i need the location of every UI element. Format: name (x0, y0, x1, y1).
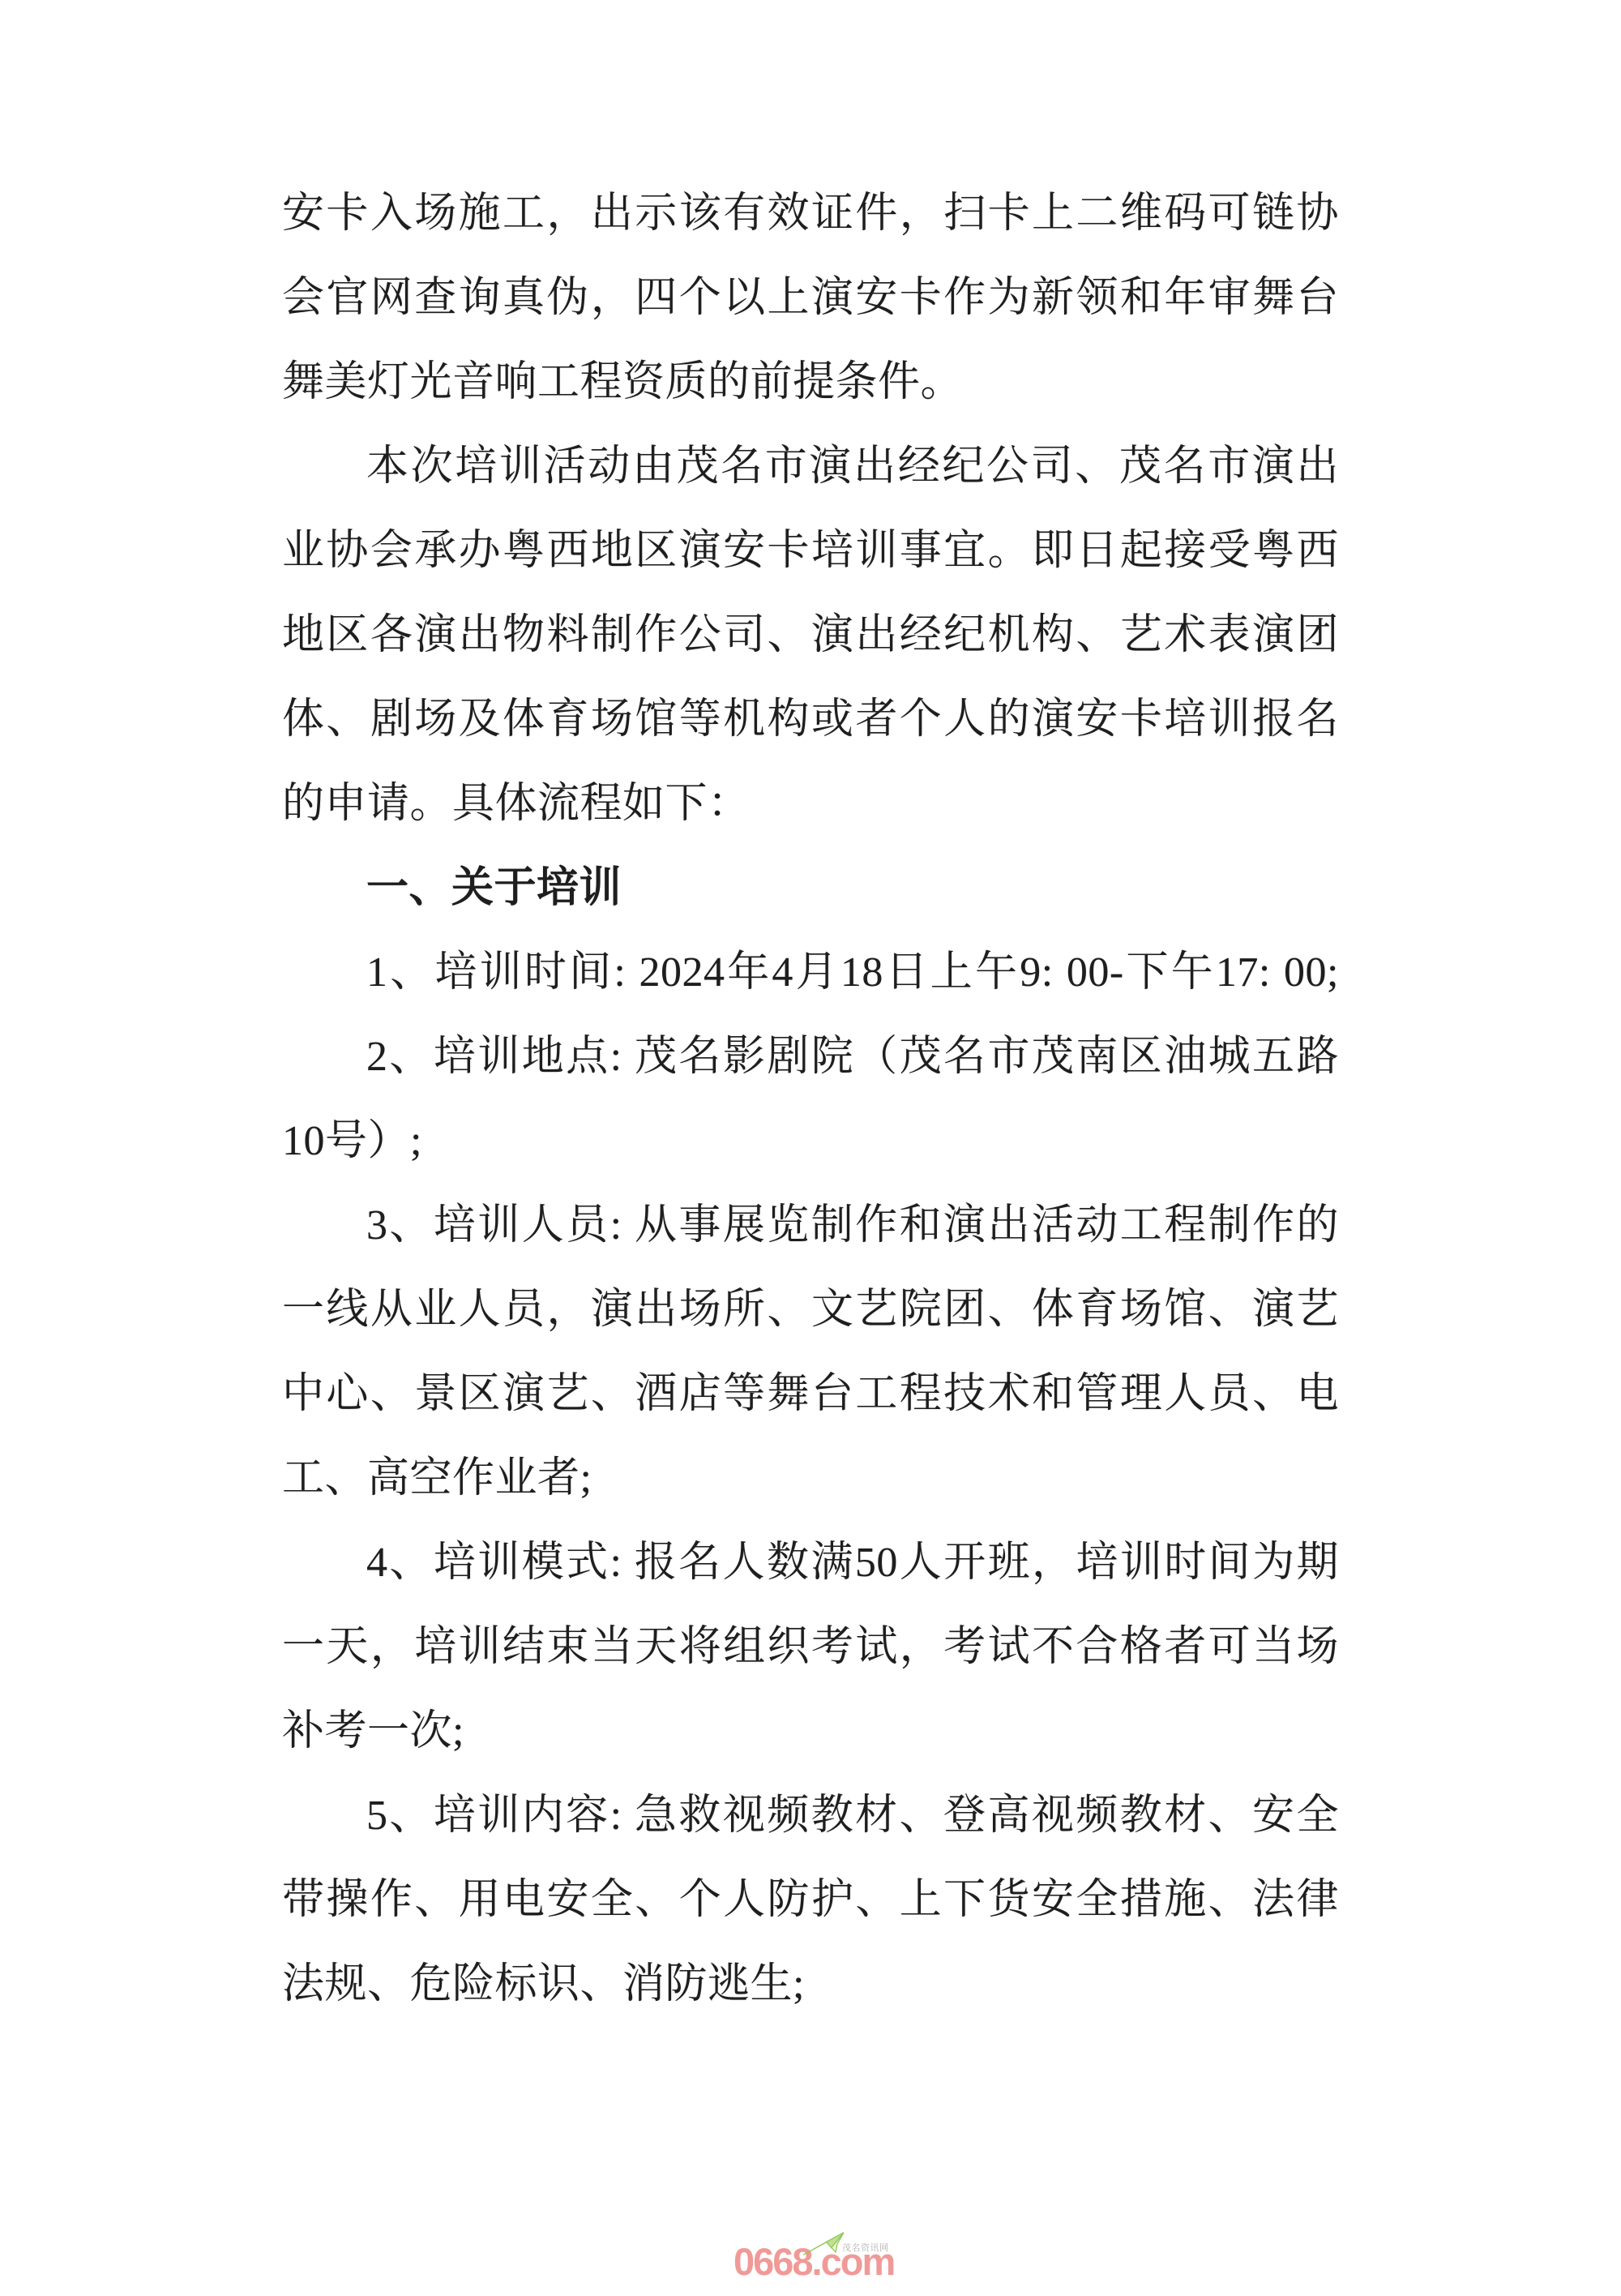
text-line: 工、高空作业者; (282, 1437, 1339, 1521)
text-line: 1、培训时间: 2024年4月18日上午9: 00-下午17: 00; (282, 931, 1339, 1015)
text-line: 会官网查询真伪，四个以上演安卡作为新领和年审舞台 (282, 256, 1339, 341)
text-line: 本次培训活动由茂名市演出经纪公司、茂名市演出 (282, 425, 1339, 509)
text-line: 地区各演出物料制作公司、演出经纪机构、艺术表演团 (282, 593, 1339, 678)
text-line: 5、培训内容: 急救视频教材、登高视频教材、安全 (282, 1774, 1339, 1858)
text-line: 舞美灯光音响工程资质的前提条件。 (282, 341, 1339, 425)
text-line: 一天，培训结束当天将组织考试，考试不合格者可当场 (282, 1605, 1339, 1690)
text-line: 体、剧场及体育场馆等机构或者个人的演安卡培训报名 (282, 678, 1339, 762)
text-line: 安卡入场施工，出示该有效证件，扫卡上二维码可链协 (282, 172, 1339, 256)
watermark-site-name: 茂名资讯网 (842, 2241, 889, 2254)
text-line: 2、培训地点: 茂名影剧院（茂名市茂南区油城五路 (282, 1015, 1339, 1099)
text-line: 业协会承办粤西地区演安卡培训事宜。即日起接受粤西 (282, 509, 1339, 593)
text-line: 一线从业人员，演出场所、文艺院团、体育场馆、演艺 (282, 1268, 1339, 1352)
section-heading: 一、关于培训 (282, 846, 1339, 931)
text-line: 的申请。具体流程如下： (282, 762, 1339, 846)
text-line: 法规、危险标识、消防逃生; (282, 1943, 1339, 2027)
text-line: 10号）; (282, 1099, 1339, 1184)
watermark-logo: 0668.com 茂名资讯网 (734, 2228, 904, 2285)
paper-plane-icon (802, 2231, 845, 2257)
document-text: 安卡入场施工，出示该有效证件，扫卡上二维码可链协 会官网查询真伪，四个以上演安卡… (282, 172, 1339, 2027)
text-line: 3、培训人员: 从事展览制作和演出活动工程制作的 (282, 1184, 1339, 1268)
text-line: 4、培训模式: 报名人数满50人开班，培训时间为期 (282, 1521, 1339, 1605)
document-page: 安卡入场施工，出示该有效证件，扫卡上二维码可链协 会官网查询真伪，四个以上演安卡… (0, 0, 1621, 2296)
text-line: 补考一次; (282, 1690, 1339, 1774)
text-line: 中心、景区演艺、酒店等舞台工程技术和管理人员、电 (282, 1352, 1339, 1437)
text-line: 带操作、用电安全、个人防护、上下货安全措施、法律 (282, 1858, 1339, 1943)
